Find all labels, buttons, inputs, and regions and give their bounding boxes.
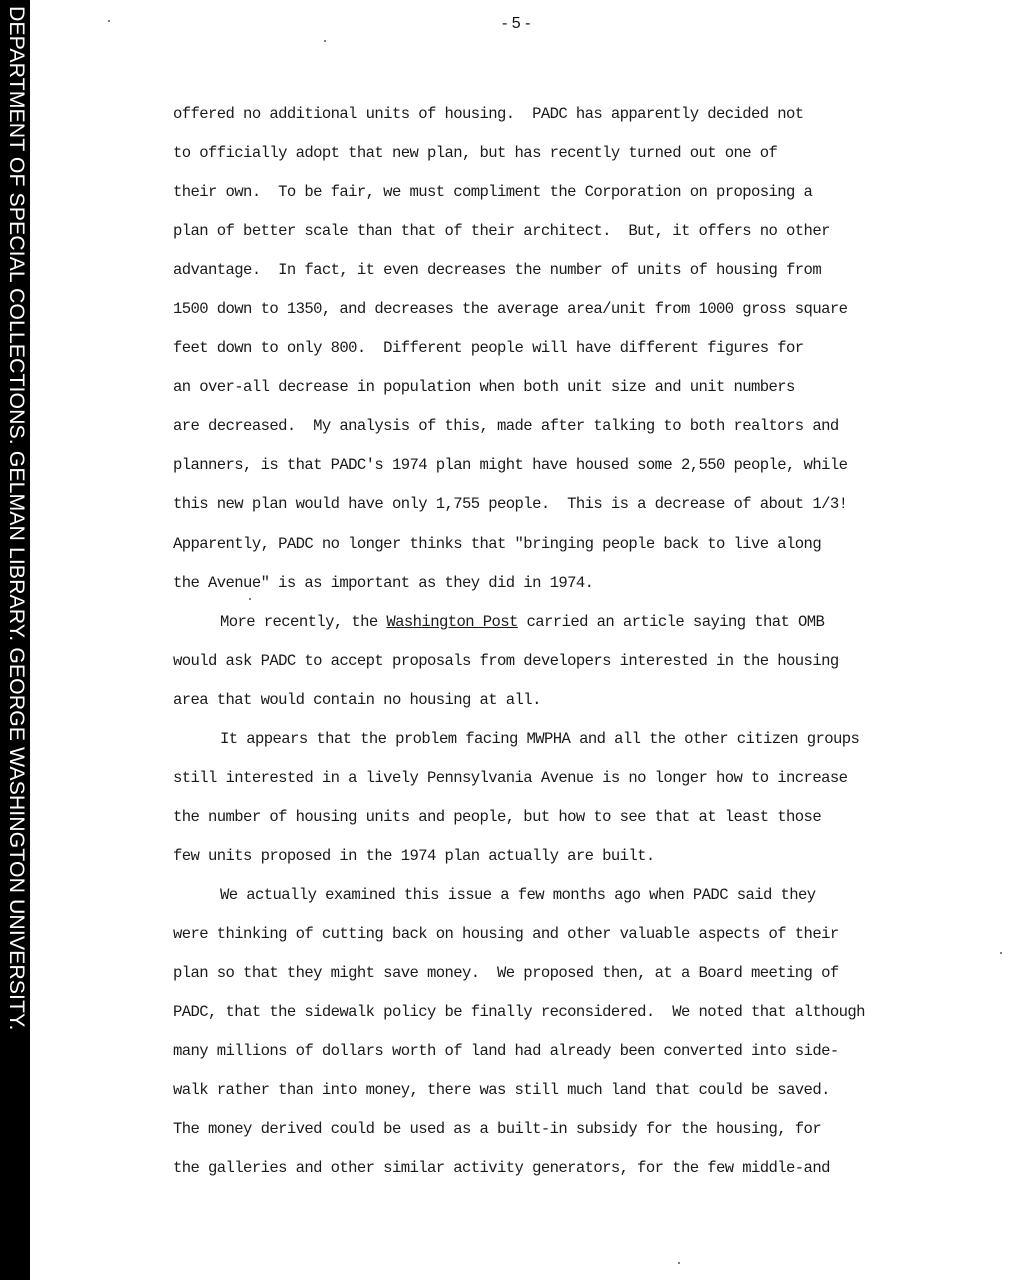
text-line: their own. To be fair, we must complimen… — [173, 180, 973, 219]
text-line: an over-all decrease in population when … — [173, 375, 973, 414]
text-line: It appears that the problem facing MWPHA… — [173, 727, 973, 766]
text-line: feet down to only 800. Different people … — [173, 336, 973, 375]
text-line: plan of better scale than that of their … — [173, 219, 973, 258]
text-line: advantage. In fact, it even decreases th… — [173, 258, 973, 297]
archive-margin-strip: DEPARTMENT OF SPECIAL COLLECTIONS. GELMA… — [0, 0, 30, 1280]
text-line: this new plan would have only 1,755 peop… — [173, 492, 973, 531]
text-line: many millions of dollars worth of land h… — [173, 1039, 973, 1078]
text-line: are decreased. My analysis of this, made… — [173, 414, 973, 453]
text-line: walk rather than into money, there was s… — [173, 1078, 973, 1117]
scan-speck — [1000, 952, 1002, 954]
text-line: Apparently, PADC no longer thinks that "… — [173, 532, 973, 571]
text-line: The money derived could be used as a bui… — [173, 1117, 973, 1156]
paragraph-1: offered no additional units of housing. … — [173, 102, 973, 610]
text-fragment: More recently, the — [220, 613, 386, 631]
archive-stamp: DEPARTMENT OF SPECIAL COLLECTIONS. GELMA… — [1, 0, 31, 1280]
paragraph-3: It appears that the problem facing MWPHA… — [173, 727, 973, 883]
paragraph-2: More recently, the Washington Post carri… — [173, 610, 973, 727]
text-line: More recently, the Washington Post carri… — [173, 610, 973, 649]
text-line: PADC, that the sidewalk policy be finall… — [173, 1000, 973, 1039]
text-line: still interested in a lively Pennsylvani… — [173, 766, 973, 805]
text-line: few units proposed in the 1974 plan actu… — [173, 844, 973, 883]
text-line: planners, is that PADC's 1974 plan might… — [173, 453, 973, 492]
text-line: the galleries and other similar activity… — [173, 1156, 973, 1195]
text-line: would ask PADC to accept proposals from … — [173, 649, 973, 688]
scan-speck — [108, 20, 110, 22]
text-line: 1500 down to 1350, and decreases the ave… — [173, 297, 973, 336]
text-line: to officially adopt that new plan, but h… — [173, 141, 973, 180]
text-fragment: carried an article saying that OMB — [518, 613, 825, 631]
text-line: offered no additional units of housing. … — [173, 102, 973, 141]
archive-stamp-text: DEPARTMENT OF SPECIAL COLLECTIONS. GELMA… — [4, 6, 29, 1031]
publication-title: Washington Post — [386, 613, 517, 631]
scan-speck — [324, 40, 326, 42]
text-line: were thinking of cutting back on housing… — [173, 922, 973, 961]
text-line: the number of housing units and people, … — [173, 805, 973, 844]
scan-speck — [249, 598, 251, 600]
text-line: We actually examined this issue a few mo… — [173, 883, 973, 922]
paragraph-4: We actually examined this issue a few mo… — [173, 883, 973, 1195]
text-line: plan so that they might save money. We p… — [173, 961, 973, 1000]
text-line: area that would contain no housing at al… — [173, 688, 973, 727]
page-number: - 5 - — [502, 15, 530, 33]
document-body: offered no additional units of housing. … — [173, 102, 973, 1195]
scan-speck — [678, 1262, 680, 1264]
text-line: the Avenue" is as important as they did … — [173, 571, 973, 610]
